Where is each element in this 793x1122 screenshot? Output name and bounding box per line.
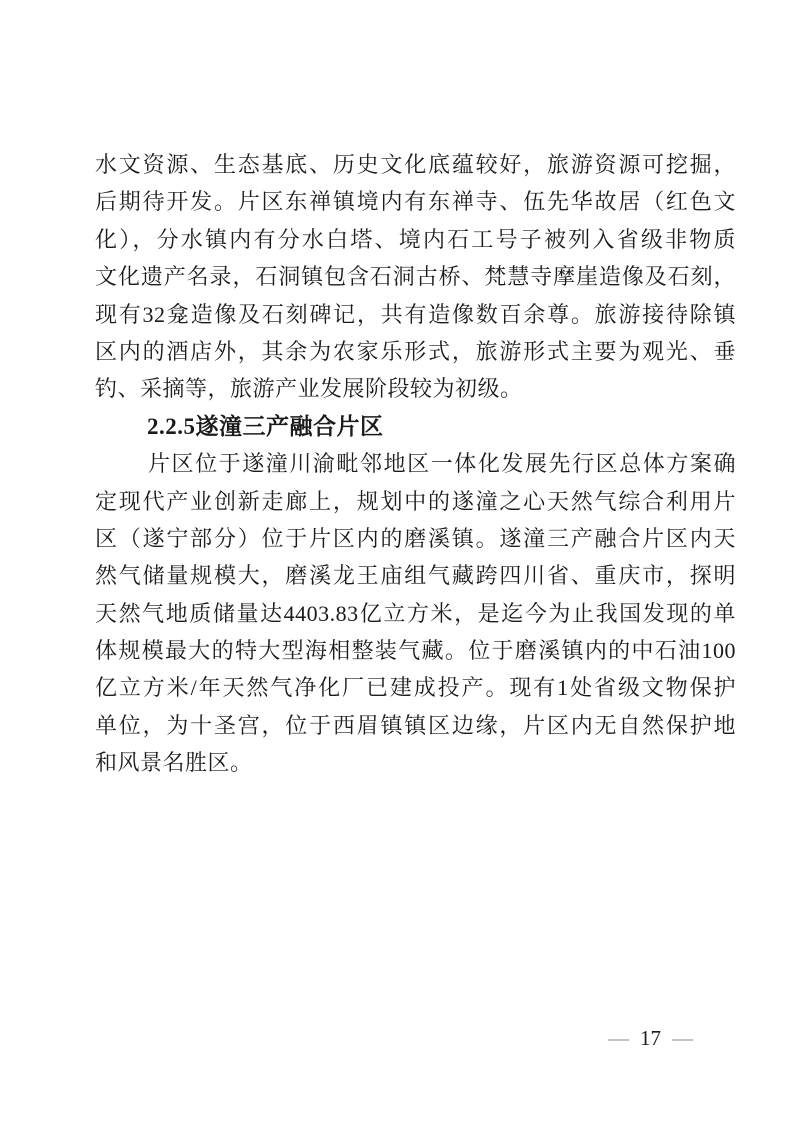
text-line: 钓、采摘等，旅游产业发展阶段较为初级。 [95,370,736,407]
text-line: 区（遂宁部分）位于片区内的磨溪镇。遂潼三产融合片区内天 [95,520,736,557]
text-line: 后期待开发。片区东禅镇境内有东禅寺、伍先华故居（红色文 [95,183,736,220]
text-line: 片区位于遂潼川渝毗邻地区一体化发展先行区总体方案确 [95,445,736,482]
page-footer: —17— [608,1026,693,1050]
text-line: 和风景名胜区。 [95,744,736,781]
text-line: 天然气地质储量达4403.83亿立方米，是迄今为止我国发现的单 [95,595,736,632]
text-block: 水文资源、生态基底、历史文化底蕴较好，旅游资源可挖掘，后期待开发。片区东禅镇境内… [95,146,736,782]
document-page: 水文资源、生态基底、历史文化底蕴较好，旅游资源可挖掘，后期待开发。片区东禅镇境内… [0,0,793,1122]
text-line: 现有32龛造像及石刻碑记，共有造像数百余尊。旅游接待除镇 [95,296,736,333]
section-heading: 2.2.5遂潼三产融合片区 [95,408,736,445]
text-line: 区内的酒店外，其余为农家乐形式，旅游形式主要为观光、垂 [95,333,736,370]
text-line: 水文资源、生态基底、历史文化底蕴较好，旅游资源可挖掘， [95,146,736,183]
paragraph-before: 水文资源、生态基底、历史文化底蕴较好，旅游资源可挖掘，后期待开发。片区东禅镇境内… [95,146,736,408]
text-line: 文化遗产名录，石洞镇包含石洞古桥、梵慧寺摩崖造像及石刻， [95,258,736,295]
text-line: 亿立方米/年天然气净化厂已建成投产。现有1处省级文物保护 [95,669,736,706]
page-number-dash-right: — [672,1026,693,1050]
text-line: 然气储量规模大，磨溪龙王庙组气藏跨四川省、重庆市，探明 [95,557,736,594]
page-number: 17 [640,1026,661,1050]
text-line: 定现代产业创新走廊上，规划中的遂潼之心天然气综合利用片 [95,483,736,520]
text-line: 化），分水镇内有分水白塔、境内石工号子被列入省级非物质 [95,221,736,258]
text-line: 体规模最大的特大型海相整装气藏。位于磨溪镇内的中石油100 [95,632,736,669]
page-number-dash-left: — [608,1026,629,1050]
text-line: 单位，为十圣宫，位于西眉镇镇区边缘，片区内无自然保护地 [95,707,736,744]
paragraph-main: 片区位于遂潼川渝毗邻地区一体化发展先行区总体方案确定现代产业创新走廊上，规划中的… [95,445,736,782]
